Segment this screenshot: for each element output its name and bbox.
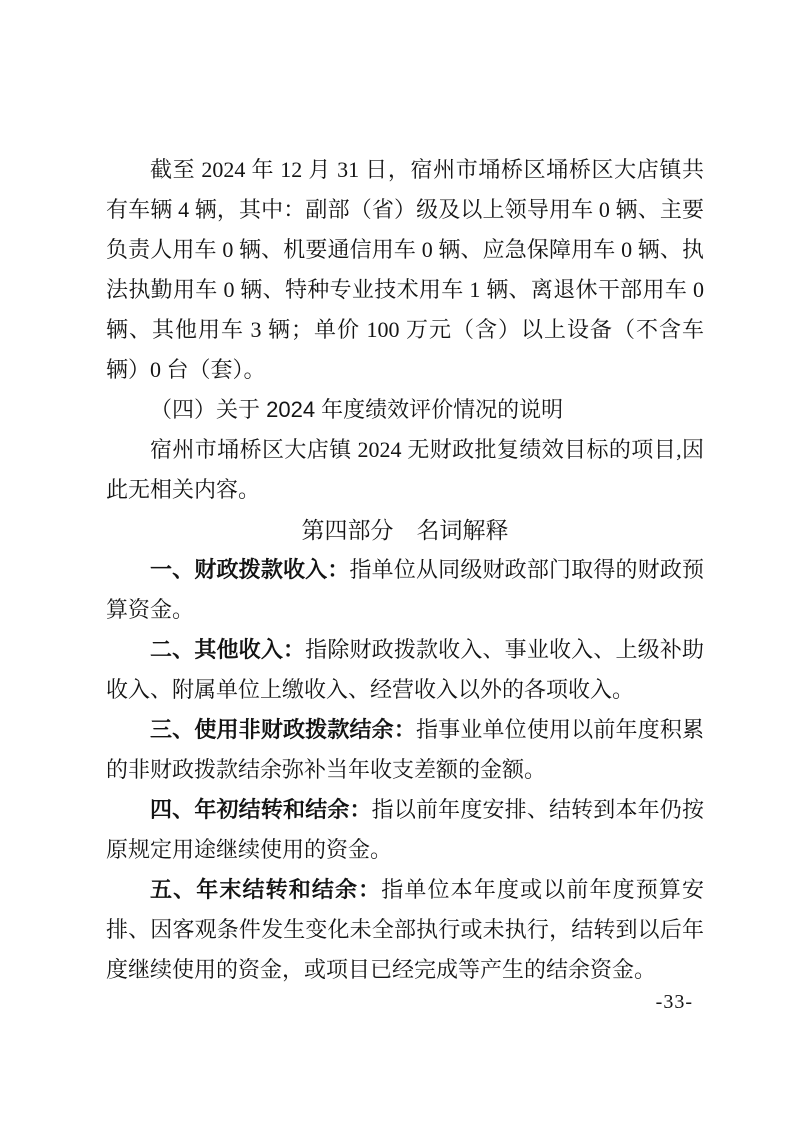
document-page: 截至 2024 年 12 月 31 日，宿州市埇桥区埇桥区大店镇共有车辆 4 辆… <box>0 0 793 1122</box>
section-title-part-four: 第四部分 名词解释 <box>106 510 704 550</box>
page-content: 截至 2024 年 12 月 31 日，宿州市埇桥区埇桥区大店镇共有车辆 4 辆… <box>106 150 704 990</box>
paragraph-performance-note: 宿州市埇桥区大店镇 2024 无财政批复绩效目标的项目,因此无相关内容。 <box>106 430 704 510</box>
term-label: 四、年初结转和结余： <box>150 797 372 822</box>
term-paragraph-other-income: 二、其他收入：指除财政拨款收入、事业收入、上级补助收入、附属单位上缴收入、经营收… <box>106 630 704 710</box>
term-paragraph-non-fiscal-surplus: 三、使用非财政拨款结余：指事业单位使用以前年度积累的非财政拨款结余弥补当年收支差… <box>106 710 704 790</box>
paragraph-vehicle-summary: 截至 2024 年 12 月 31 日，宿州市埇桥区埇桥区大店镇共有车辆 4 辆… <box>106 150 704 390</box>
term-label: 二、其他收入： <box>150 637 305 662</box>
page-number: -33- <box>656 991 693 1013</box>
term-paragraph-beginning-year-carryover: 四、年初结转和结余：指以前年度安排、结转到本年仍按原规定用途继续使用的资金。 <box>106 790 704 870</box>
heading-performance-evaluation: （四）关于 2024 年度绩效评价情况的说明 <box>106 390 704 430</box>
term-label: 三、使用非财政拨款结余： <box>150 717 416 742</box>
term-paragraph-year-end-carryover: 五、年末结转和结余：指单位本年度或以前年度预算安排、因客观条件发生变化未全部执行… <box>106 870 704 990</box>
term-paragraph-fiscal-appropriation-income: 一、财政拨款收入：指单位从同级财政部门取得的财政预算资金。 <box>106 550 704 630</box>
term-label: 五、年末结转和结余： <box>150 877 381 902</box>
term-label: 一、财政拨款收入： <box>150 557 350 582</box>
